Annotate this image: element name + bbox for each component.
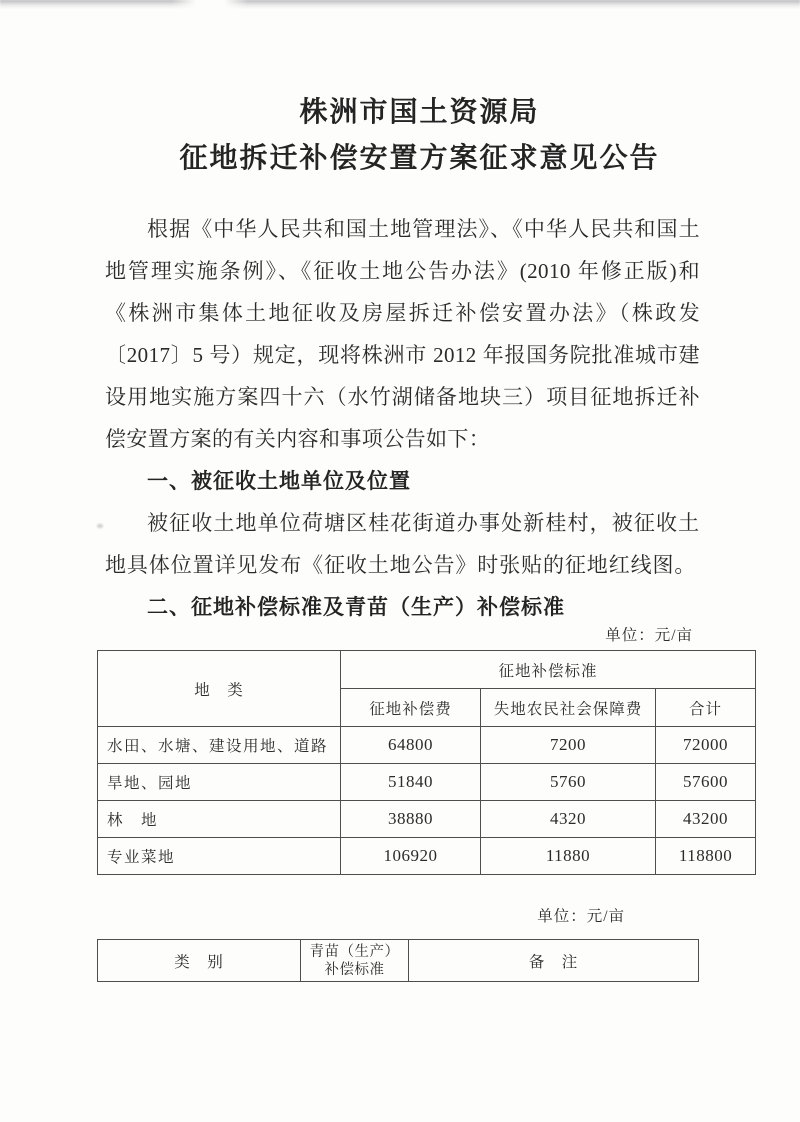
title-line-1: 株洲市国土资源局 [122, 90, 717, 136]
table-row: 水田、水塘、建设用地、道路 64800 7200 72000 [98, 727, 756, 764]
section1-heading: 一、被征收土地单位及位置 [105, 460, 700, 502]
cell-fee: 38880 [341, 801, 481, 838]
cell-land-type: 水田、水塘、建设用地、道路 [98, 727, 341, 764]
cell-land-type: 林 地 [98, 801, 341, 838]
header-standard: 青苗（生产） 补偿标准 [301, 940, 409, 982]
seedling-compensation-table: 类 别 青苗（生产） 补偿标准 备 注 [97, 939, 699, 982]
cell-total: 57600 [656, 764, 756, 801]
intro-paragraph: 根据《中华人民共和国土地管理法》、《中华人民共和国土地管理实施条例》、《征收土地… [105, 208, 700, 460]
cell-social: 11880 [481, 838, 656, 875]
table-row: 旱地、园地 51840 5760 57600 [98, 764, 756, 801]
document-title: 株洲市国土资源局 征地拆迁补偿安置方案征求意见公告 [122, 90, 717, 182]
section2-heading: 二、征地补偿标准及青苗（生产）补偿标准 [105, 586, 700, 628]
compensation-standard-table: 地 类 征地补偿标准 征地补偿费 失地农民社会保障费 合计 水田、水塘、建设用地… [97, 650, 756, 875]
cell-land-type: 专业菜地 [98, 838, 341, 875]
header-group: 征地补偿标准 [341, 651, 756, 689]
cell-social: 7200 [481, 727, 656, 764]
cell-total: 72000 [656, 727, 756, 764]
table-row: 林 地 38880 4320 43200 [98, 801, 756, 838]
cell-fee: 51840 [341, 764, 481, 801]
header-fee: 征地补偿费 [341, 689, 481, 727]
cell-total: 118800 [656, 838, 756, 875]
header-land-type: 地 类 [98, 651, 341, 727]
cell-total: 43200 [656, 801, 756, 838]
cell-social: 5760 [481, 764, 656, 801]
table-header-row: 类 别 青苗（生产） 补偿标准 备 注 [98, 940, 699, 982]
scan-speck [97, 524, 103, 528]
header-category: 类 别 [98, 940, 301, 982]
header-social: 失地农民社会保障费 [481, 689, 656, 727]
document-page: 株洲市国土资源局 征地拆迁补偿安置方案征求意见公告 根据《中华人民共和国土地管理… [0, 0, 800, 982]
header-total: 合计 [656, 689, 756, 727]
cell-fee: 64800 [341, 727, 481, 764]
cell-social: 4320 [481, 801, 656, 838]
header-standard-line1: 青苗（生产） [301, 943, 408, 961]
scan-edge-artifact [0, 0, 800, 9]
cell-land-type: 旱地、园地 [98, 764, 341, 801]
table2-unit-label: 单位：元/亩 [105, 905, 700, 929]
table-header-row: 地 类 征地补偿标准 [98, 651, 756, 689]
header-remark: 备 注 [409, 940, 699, 982]
title-line-2: 征地拆迁补偿安置方案征求意见公告 [122, 136, 717, 182]
section1-paragraph: 被征收土地单位荷塘区桂花街道办事处新桂村，被征收土地具体位置详见发布《征收土地公… [105, 502, 700, 586]
header-standard-line2: 补偿标准 [301, 961, 408, 979]
cell-fee: 106920 [341, 838, 481, 875]
table-row: 专业菜地 106920 11880 118800 [98, 838, 756, 875]
